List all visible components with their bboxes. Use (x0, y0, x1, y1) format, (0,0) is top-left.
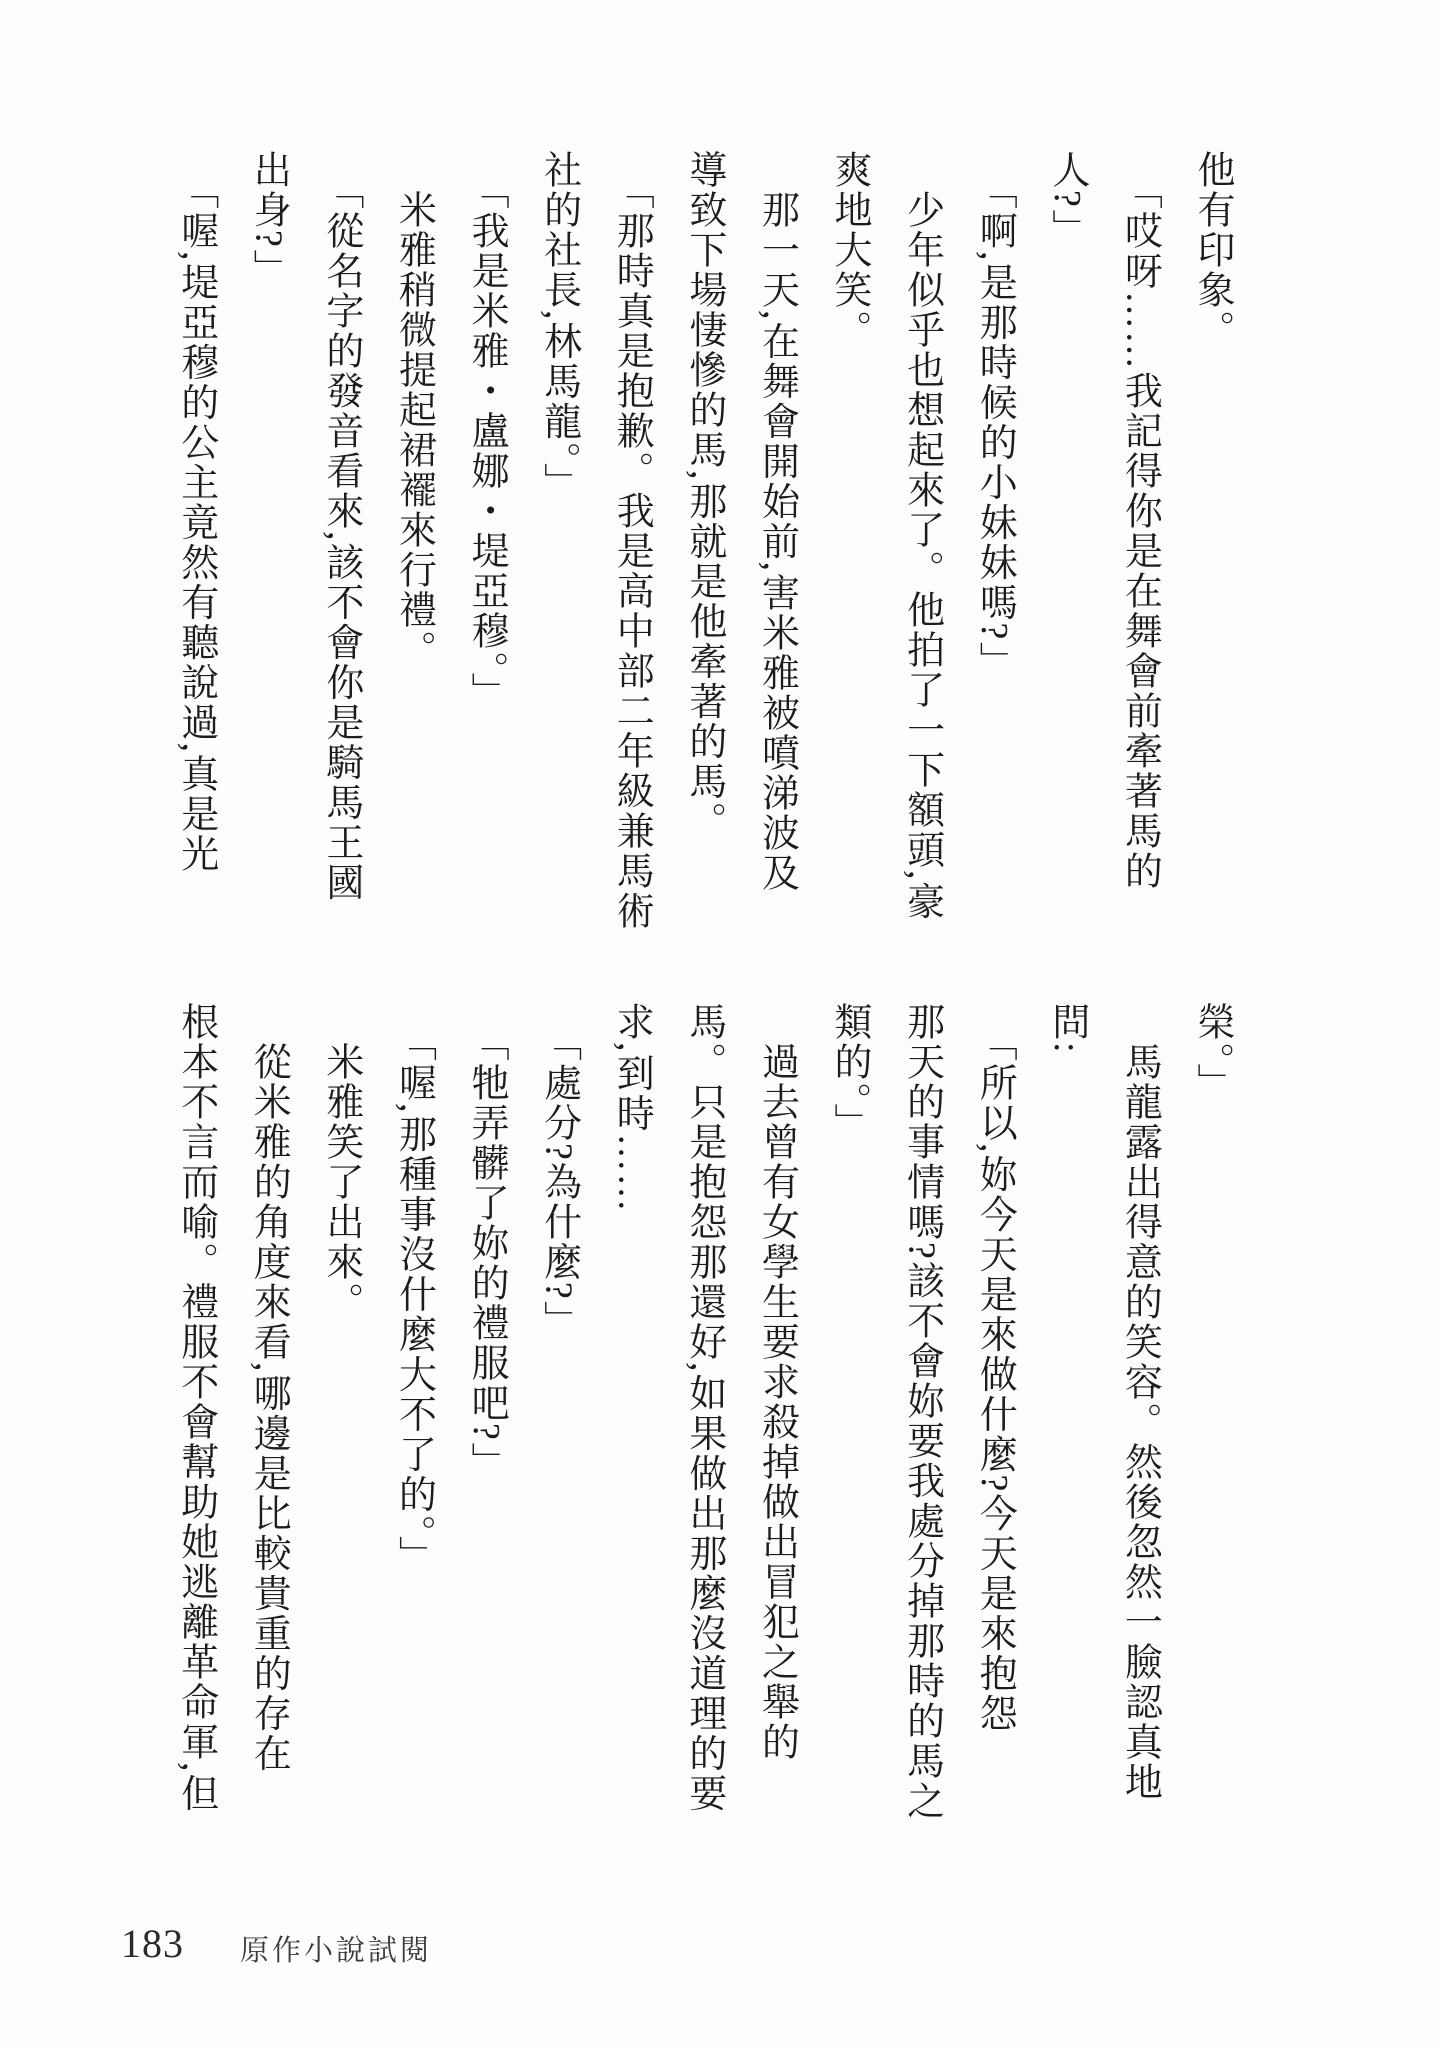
text-line: 少年似乎也想起來了。他拍了一下額頭,豪 (885, 150, 958, 960)
footer-section-label: 原作小說試閱 (240, 1928, 432, 1969)
text-line: 「我是米雅・盧娜・堤亞穆。」 (449, 150, 522, 960)
text-line: 「處分?為什麼?」 (522, 1002, 595, 1850)
novel-page: 他有印象。 「哎呀……我記得你是在舞會前牽著馬的人?」 「啊,是那時候的小妹妹嗎… (0, 0, 1440, 2048)
text-line: 導致下場悽慘的馬,那就是他牽著的馬。 (667, 150, 740, 960)
text-line: 社的社長,林馬龍。」 (522, 150, 595, 960)
text-line: 「喔,那種事沒什麼大不了的。」 (377, 1002, 450, 1850)
page-number: 183 (121, 1920, 184, 1967)
text-line: 出身?」 (232, 150, 305, 960)
text-line: 根本不言而喻。禮服不會幫助她逃離革命軍,但 (159, 1002, 232, 1850)
text-line: 馬。只是抱怨那還好,如果做出那麼沒道理的要 (667, 1002, 740, 1850)
text-line: 米雅稍微提起裙襬來行禮。 (377, 150, 450, 960)
text-line: 「牠弄髒了妳的禮服吧?」 (449, 1002, 522, 1850)
page-footer: 183 原作小說試閱 (0, 1918, 1440, 1978)
text-line: 從米雅的角度來看,哪邊是比較貴重的存在 (232, 1002, 305, 1850)
text-line: 「那時真是抱歉。我是高中部二年級兼馬術 (595, 150, 668, 960)
text-line: 他有印象。 (1175, 150, 1248, 960)
text-line: 馬龍露出得意的笑容。然後忽然一臉認真地 (1103, 1002, 1176, 1850)
text-line: 「所以,妳今天是來做什麼?今天是來抱怨 (958, 1002, 1031, 1850)
text-line: 「喔,堤亞穆的公主竟然有聽說過,真是光 (159, 150, 232, 960)
text-line: 爽地大笑。 (812, 150, 885, 960)
text-tier-upper: 他有印象。 「哎呀……我記得你是在舞會前牽著馬的人?」 「啊,是那時候的小妹妹嗎… (158, 150, 1248, 960)
text-tier-lower: 榮。」 馬龍露出得意的笑容。然後忽然一臉認真地問: 「所以,妳今天是來做什麼?今… (158, 1002, 1248, 1850)
text-line: 過去曾有女學生要求殺掉做出冒犯之舉的 (740, 1002, 813, 1850)
text-line: 「啊,是那時候的小妹妹嗎?」 (958, 150, 1031, 960)
text-line: 米雅笑了出來。 (304, 1002, 377, 1850)
text-line: 那一天,在舞會開始前,害米雅被噴涕波及 (740, 150, 813, 960)
text-line: 問: (1030, 1002, 1103, 1850)
text-line: 「哎呀……我記得你是在舞會前牽著馬的 (1103, 150, 1176, 960)
text-line: 求,到時…… (595, 1002, 668, 1850)
text-line: 榮。」 (1175, 1002, 1248, 1850)
text-line: 「從名字的發音看來,該不會你是騎馬王國 (304, 150, 377, 960)
text-line: 人?」 (1030, 150, 1103, 960)
text-line: 類的。」 (812, 1002, 885, 1850)
text-line: 那天的事情嗎?該不會妳要我處分掉那時的馬之 (885, 1002, 958, 1850)
